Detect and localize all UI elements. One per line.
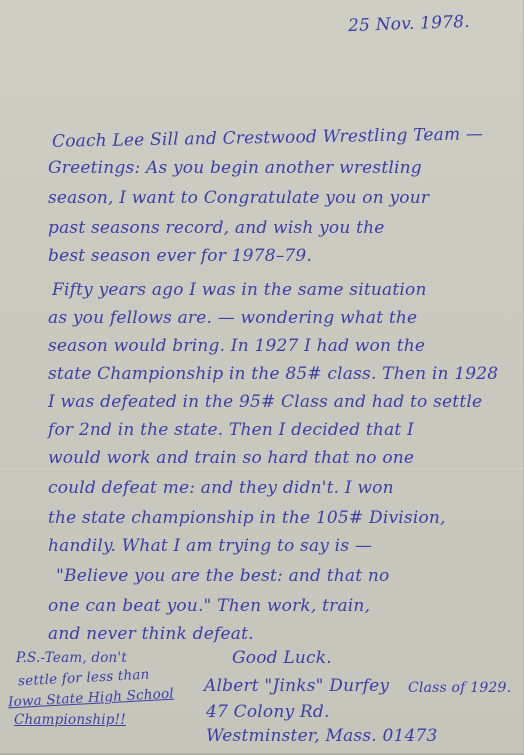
letter-line: handily. What I am trying to say is — xyxy=(48,536,372,556)
letter-line: Greetings: As you begin another wrestlin… xyxy=(48,158,422,178)
letter-closing: Good Luck. xyxy=(232,648,332,668)
letter-line: past seasons record, and wish you the xyxy=(48,218,385,238)
letter-salutation: Coach Lee Sill and Crestwood Wrestling T… xyxy=(52,124,483,152)
letter-line: could defeat me: and they didn't. I won xyxy=(48,478,394,498)
letter-line: would work and train so hard that no one xyxy=(48,448,414,468)
letter-line: state Championship in the 85# class. The… xyxy=(48,364,498,384)
letter-line: and never think defeat. xyxy=(48,624,254,644)
letter-line: for 2nd in the state. Then I decided tha… xyxy=(48,420,414,440)
signature-class-note: Class of 1929. xyxy=(408,680,511,696)
letter-page: 25 Nov. 1978. Coach Lee Sill and Crestwo… xyxy=(0,0,524,755)
letter-line: one can beat you." Then work, train, xyxy=(48,596,370,616)
postscript-line: Championship!! xyxy=(14,712,126,728)
letter-date: 25 Nov. 1978. xyxy=(348,12,470,36)
signature-address-city: Westminster, Mass. 01473 xyxy=(206,726,438,746)
signature-name: Albert "Jinks" Durfey xyxy=(204,676,389,696)
letter-line: as you fellows are. — wondering what the xyxy=(48,308,417,328)
letter-line: the state championship in the 105# Divis… xyxy=(48,508,446,528)
letter-line: season, I want to Congratulate you on yo… xyxy=(48,188,429,208)
letter-line: Fifty years ago I was in the same situat… xyxy=(52,280,427,300)
letter-line: I was defeated in the 95# Class and had … xyxy=(48,392,482,412)
signature-address-street: 47 Colony Rd. xyxy=(206,702,330,722)
postscript-line: Iowa State High School xyxy=(8,686,175,711)
postscript-line: settle for less than xyxy=(18,667,150,690)
letter-line: best season ever for 1978–79. xyxy=(48,246,312,266)
postscript-line: P.S.-Team, don't xyxy=(16,650,127,666)
letter-line: "Believe you are the best: and that no xyxy=(56,566,389,586)
letter-line: season would bring. In 1927 I had won th… xyxy=(48,336,425,356)
paper-fold-line xyxy=(0,468,524,469)
